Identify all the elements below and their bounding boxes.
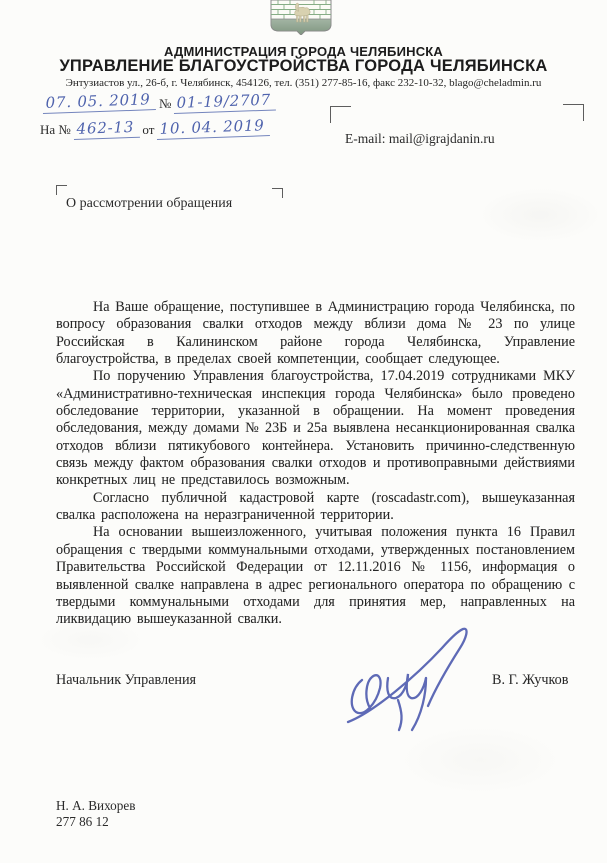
city-emblem-icon — [270, 0, 332, 35]
subject-field-corner-mark — [56, 185, 67, 195]
signer-position: Начальник Управления — [56, 672, 196, 689]
outgoing-reference-line: 07. 05. 2019№01-19/2707 — [40, 94, 280, 114]
body-paragraph: На Ваше обращение, поступившее в Админис… — [56, 299, 575, 368]
outgoing-date-handwritten: 07. 05. 2019 — [42, 90, 156, 114]
letter-subject: О рассмотрении обращения — [66, 196, 232, 212]
scanned-letter-page: АДМИНИСТРАЦИЯ ГОРОДА ЧЕЛЯБИНСКА УПРАВЛЕН… — [0, 0, 607, 863]
body-paragraph: На основании вышеизложенного, учитывая п… — [56, 524, 575, 628]
number-sign-label: № — [159, 96, 171, 111]
handwritten-signature-icon — [342, 618, 477, 738]
addressee-field-corner-mark — [563, 104, 584, 121]
body-paragraph: По поручению Управления благоустройства,… — [56, 368, 575, 489]
body-paragraph: Согласно публичной кадастровой карте (ro… — [56, 490, 575, 525]
letter-body: На Ваше обращение, поступившее в Админис… — [56, 299, 575, 629]
signer-name: В. Г. Жучков — [492, 672, 568, 689]
org-contact-line: Энтузиастов ул., 26-б, г. Челябинск, 454… — [0, 77, 607, 89]
executor-name: Н. А. Вихорев — [56, 798, 135, 814]
from-label: от — [142, 122, 154, 137]
addressee-field-corner-mark — [330, 106, 351, 123]
incoming-date-handwritten: 10. 04. 2019 — [157, 116, 271, 140]
org-name-line2: УПРАВЛЕНИЕ БЛАГОУСТРОЙСТВА ГОРОДА ЧЕЛЯБИ… — [0, 57, 607, 76]
executor-phone: 277 86 12 — [56, 814, 109, 830]
incoming-number-handwritten: 462-13 — [73, 118, 139, 140]
subject-field-corner-mark — [272, 188, 283, 198]
addressee-email-line: E-mail: mail@igrajdanin.ru — [345, 131, 495, 147]
incoming-reference-line: На №462-13от10. 04. 2019 — [40, 120, 273, 140]
incoming-prefix-label: На № — [40, 122, 71, 137]
outgoing-number-handwritten: 01-19/2707 — [174, 90, 277, 114]
